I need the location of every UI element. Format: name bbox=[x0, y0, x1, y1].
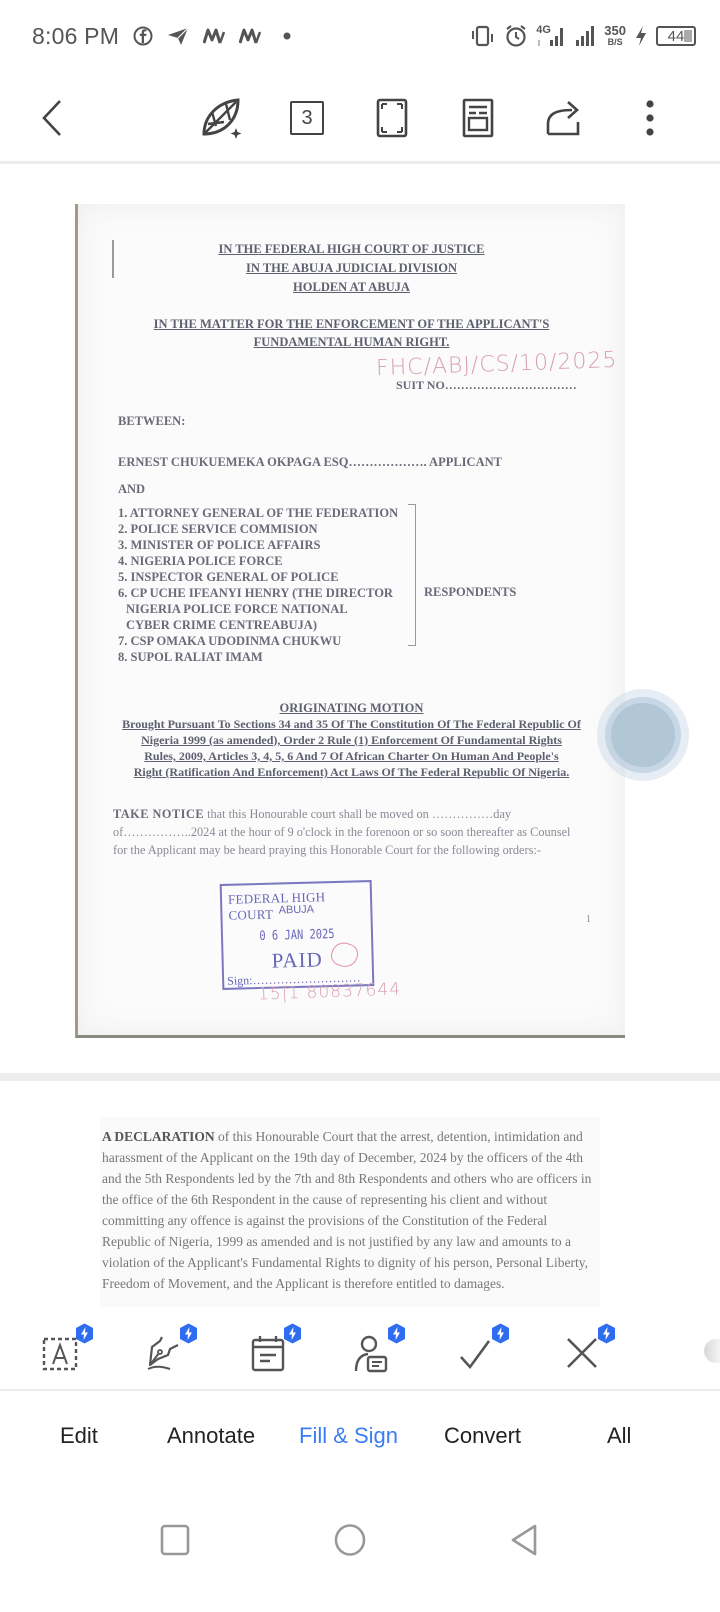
checkmark-tool[interactable] bbox=[446, 1323, 506, 1383]
person-card-icon bbox=[352, 1333, 392, 1373]
ai-assistant-button[interactable] bbox=[198, 94, 246, 142]
facebook-icon bbox=[133, 26, 153, 46]
respondent-item: 3. MINISTER OF POLICE AFFAIRS bbox=[118, 538, 320, 553]
court-heading-line: IN THE FEDERAL HIGH COURT OF JUSTICE bbox=[78, 242, 625, 257]
declaration-line: Republic of Nigeria, 1999 as amended and… bbox=[102, 1234, 571, 1250]
document-page-1: IN THE FEDERAL HIGH COURT OF JUSTICE IN … bbox=[75, 204, 625, 1038]
mode-tabs: Edit Annotate Fill & Sign Convert All bbox=[0, 1393, 720, 1479]
vibrate-icon bbox=[470, 25, 496, 47]
fab-ring bbox=[605, 697, 681, 773]
network-speed: 350 B/S bbox=[604, 25, 626, 47]
lightning-badge-icon bbox=[491, 1323, 510, 1344]
handwritten-suit-number: FHC/ABJ/CS/10/2025 bbox=[376, 348, 618, 381]
m-app-icon bbox=[203, 28, 225, 44]
suit-no-label: SUIT NO…………………………… bbox=[396, 378, 577, 393]
home-button[interactable] bbox=[330, 1520, 370, 1560]
mobile-signal-icon: 4G bbox=[536, 24, 566, 48]
respondent-item: CYBER CRIME CENTREABUJA) bbox=[126, 618, 317, 633]
m-app-icon bbox=[239, 28, 261, 44]
more-icon bbox=[645, 98, 655, 138]
reading-mode-icon bbox=[462, 98, 494, 138]
signal-icon bbox=[574, 25, 596, 47]
take-notice-line: TAKE NOTICE that this Honourable court s… bbox=[113, 807, 511, 822]
net-speed-unit: B/S bbox=[604, 37, 626, 47]
declaration-line: the office of the 6th Respondent in the … bbox=[102, 1192, 547, 1208]
page-marker: 1 bbox=[586, 914, 591, 925]
notification-icons bbox=[133, 26, 291, 46]
court-heading-line: HOLDEN AT ABUJA bbox=[78, 280, 625, 295]
system-nav-bar bbox=[0, 1480, 720, 1612]
premium-badge bbox=[179, 1323, 198, 1344]
checkmark-icon bbox=[456, 1333, 496, 1373]
take-notice-line: of……………..2024 at the hour of 9 o'clock i… bbox=[113, 825, 570, 840]
battery-level: 44 bbox=[668, 28, 685, 45]
handwritten-receipt-number: 15|1 80837644 bbox=[258, 980, 402, 1005]
lightning-badge-icon bbox=[179, 1323, 198, 1344]
back-nav-button[interactable] bbox=[504, 1520, 544, 1560]
document-page-2: A DECLARATION of this Honourable Court t… bbox=[100, 1117, 600, 1307]
motion-line: Right (Ratification And Enforcement) Act… bbox=[78, 765, 625, 780]
between-label: BETWEEN: bbox=[118, 414, 185, 429]
page-separator bbox=[0, 1073, 720, 1081]
share-icon bbox=[544, 98, 584, 138]
respondent-item: 1. ATTORNEY GENERAL OF THE FEDERATION bbox=[118, 506, 398, 521]
text-box-icon bbox=[40, 1333, 80, 1373]
telegram-icon bbox=[167, 26, 189, 46]
declaration-line: and the 5th Respondents led by the 7th a… bbox=[102, 1171, 591, 1187]
declaration-text: of this Honourable Court that the arrest… bbox=[215, 1129, 583, 1144]
signature-tool[interactable] bbox=[134, 1323, 194, 1383]
text-box-tool[interactable] bbox=[30, 1323, 90, 1383]
fullscreen-button[interactable] bbox=[368, 94, 416, 142]
cross-icon bbox=[562, 1333, 602, 1373]
back-icon bbox=[40, 98, 64, 138]
lightning-badge-icon bbox=[283, 1323, 302, 1344]
tab-convert[interactable]: Convert bbox=[444, 1423, 521, 1449]
share-button[interactable] bbox=[540, 94, 588, 142]
more-options-button[interactable] bbox=[626, 94, 674, 142]
page-number-button[interactable]: 3 bbox=[283, 94, 331, 142]
respondent-item: 8. SUPOL RALIAT IMAM bbox=[118, 650, 263, 665]
ai-leaf-icon bbox=[200, 96, 244, 140]
handwritten-signature bbox=[328, 939, 360, 970]
fullscreen-icon bbox=[376, 98, 408, 138]
recents-button[interactable] bbox=[155, 1520, 195, 1560]
declaration-line: violation of the Applicant's Fundamental… bbox=[102, 1255, 588, 1271]
motion-line: Rules, 2009, Articles 3, 4, 5, 6 And 7 O… bbox=[78, 749, 625, 764]
lightning-badge-icon bbox=[75, 1323, 94, 1344]
premium-badge bbox=[597, 1323, 616, 1344]
take-notice-text: that this Honourable court shall be move… bbox=[204, 807, 511, 821]
take-notice-bold: TAKE NOTICE bbox=[113, 807, 204, 821]
stamp-date: 0 6 JAN 2025 bbox=[238, 926, 357, 944]
respondent-item: 5. INSPECTOR GENERAL OF POLICE bbox=[118, 570, 339, 585]
floating-action-button[interactable] bbox=[597, 689, 689, 781]
alarm-icon bbox=[504, 24, 528, 48]
lightning-badge-icon bbox=[387, 1323, 406, 1344]
premium-badge bbox=[75, 1323, 94, 1344]
back-triangle-icon bbox=[509, 1523, 539, 1557]
page-number: 3 bbox=[290, 101, 324, 135]
and-label: AND bbox=[118, 482, 145, 497]
status-right: 4G 350 B/S 44 bbox=[470, 24, 696, 48]
declaration-line: Freedom of Movement, and the Applicant i… bbox=[102, 1276, 505, 1292]
declaration-line: A DECLARATION of this Honourable Court t… bbox=[102, 1129, 583, 1145]
court-heading-line: IN THE ABUJA JUDICIAL DIVISION bbox=[78, 261, 625, 276]
fab-core bbox=[611, 703, 675, 767]
motion-line: Nigeria 1999 (as amended), Order 2 Rule … bbox=[78, 733, 625, 748]
reading-mode-button[interactable] bbox=[454, 94, 502, 142]
tab-edit[interactable]: Edit bbox=[60, 1423, 98, 1449]
status-bar: 8:06 PM 4G 350 bbox=[0, 0, 720, 72]
motion-line: Brought Pursuant To Sections 34 and 35 O… bbox=[78, 717, 625, 732]
matter-heading-line: IN THE MATTER FOR THE ENFORCEMENT OF THE… bbox=[78, 317, 625, 332]
matter-heading-line: FUNDAMENTAL HUMAN RIGHT. bbox=[78, 335, 625, 350]
respondent-item: NIGERIA POLICE FORCE NATIONAL bbox=[126, 602, 348, 617]
take-notice-line: for the Applicant may be heard praying t… bbox=[113, 843, 541, 858]
declaration-line: committing any offence is against the pr… bbox=[102, 1213, 547, 1229]
back-button[interactable] bbox=[28, 94, 76, 142]
applicant-line: ERNEST CHUKUEMEKA OKPAGA ESQ………………. APPL… bbox=[118, 455, 502, 470]
charging-icon bbox=[634, 25, 648, 47]
premium-badge bbox=[491, 1323, 510, 1344]
fill-sign-tools bbox=[0, 1307, 720, 1391]
declaration-line: harassment of the Applicant on the 19th … bbox=[102, 1150, 583, 1166]
tab-all[interactable]: All bbox=[607, 1423, 631, 1449]
initials-tool[interactable] bbox=[342, 1323, 402, 1383]
stamp-status: PAID bbox=[271, 947, 323, 973]
battery-indicator: 44 bbox=[656, 26, 696, 46]
dot-icon bbox=[283, 32, 291, 40]
premium-badge bbox=[387, 1323, 406, 1344]
pen-nib-icon bbox=[144, 1333, 184, 1373]
court-paid-stamp: FEDERAL HIGH COURT ABUJA 0 6 JAN 2025 PA… bbox=[220, 880, 375, 990]
recents-icon bbox=[160, 1524, 190, 1556]
net-speed-value: 350 bbox=[604, 25, 626, 37]
status-time: 8:06 PM bbox=[32, 23, 119, 50]
date-tool[interactable] bbox=[238, 1323, 298, 1383]
viewer-toolbar: 3 bbox=[0, 72, 720, 164]
respondents-label: RESPONDENTS bbox=[424, 585, 516, 600]
respondents-bracket bbox=[408, 504, 416, 646]
tab-fill-sign[interactable]: Fill & Sign bbox=[299, 1423, 398, 1449]
premium-badge bbox=[283, 1323, 302, 1344]
respondent-item: 6. CP UCHE IFEANYI HENRY (THE DIRECTOR bbox=[118, 586, 393, 601]
respondent-item: 7. CSP OMAKA UDODINMA CHUKWU bbox=[118, 634, 341, 649]
respondent-item: 4. NIGERIA POLICE FORCE bbox=[118, 554, 283, 569]
cross-mark-tool[interactable] bbox=[552, 1323, 612, 1383]
respondent-item: 2. POLICE SERVICE COMMISION bbox=[118, 522, 318, 537]
motion-title: ORIGINATING MOTION bbox=[78, 701, 625, 716]
tools-scroll-indicator[interactable] bbox=[704, 1339, 720, 1363]
home-icon bbox=[333, 1523, 367, 1557]
document-viewer[interactable]: IN THE FEDERAL HIGH COURT OF JUSTICE IN … bbox=[0, 167, 720, 1307]
calendar-icon bbox=[248, 1333, 288, 1373]
declaration-bold: A DECLARATION bbox=[102, 1129, 215, 1144]
tab-annotate[interactable]: Annotate bbox=[167, 1423, 255, 1449]
lightning-badge-icon bbox=[597, 1323, 616, 1344]
